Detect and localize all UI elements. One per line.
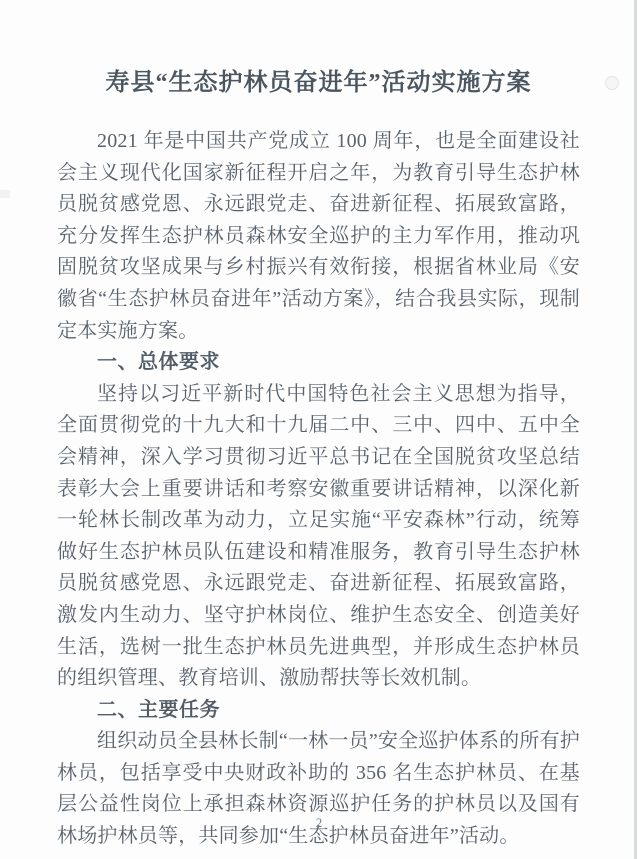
scan-edge-artifact: [634, 0, 637, 859]
scan-smudge-artifact: [0, 190, 10, 198]
section-heading-overall-requirements: 一、总体要求: [57, 347, 580, 379]
document-content: 寿县“生态护林员奋进年”活动实施方案 2021 年是中国共产党成立 100 周年…: [57, 64, 580, 853]
paragraph-overall-requirements: 坚持以习近平新时代中国特色社会主义思想为指导，全面贯彻党的十九大和十九届二中、三…: [57, 379, 580, 695]
document-title: 寿县“生态护林员奋进年”活动实施方案: [57, 64, 580, 102]
scanned-document-page: 寿县“生态护林员奋进年”活动实施方案 2021 年是中国共产党成立 100 周年…: [0, 0, 638, 859]
page-number: 2: [0, 815, 638, 831]
paragraph-main-tasks: 组织动员全县林长制“一林一员”安全巡护体系的所有护林员，包括享受中央财政补助的 …: [57, 726, 580, 852]
scan-smudge-artifact: [605, 76, 619, 90]
section-heading-main-tasks: 二、主要任务: [57, 695, 580, 727]
paragraph-intro: 2021 年是中国共产党成立 100 周年，也是全面建设社会主义现代化国家新征程…: [57, 126, 580, 347]
